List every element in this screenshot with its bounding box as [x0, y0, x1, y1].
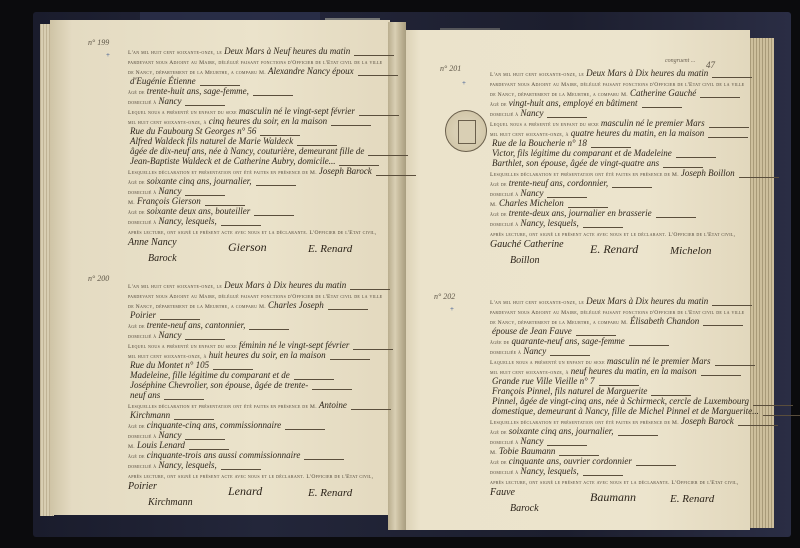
record-line: M.Charles Michelon	[490, 198, 740, 208]
fill-line	[260, 130, 300, 136]
signature: Kirchmann	[148, 498, 193, 508]
handwritten-entry: Grande rue Ville Vieille n° 7	[492, 376, 595, 386]
handwritten-entry: féminin né le vingt-sept février	[239, 340, 349, 350]
handwritten-entry: domestique, demeurant à Nancy, fille de …	[492, 406, 759, 416]
record-line: François Pinnel, fils naturel de Marguer…	[490, 386, 740, 396]
fill-line	[213, 364, 253, 370]
record-line: âgé decinquante-trois ans aussi commissi…	[128, 450, 378, 460]
fill-line	[618, 430, 658, 436]
handwritten-entry: Alexandre Nancy époux	[268, 66, 354, 76]
signatures-block: Gauché CatherineBoillonE. RenardMichelon	[490, 240, 740, 278]
record-line: domicilié àNancy	[490, 188, 740, 198]
fill-line	[636, 460, 676, 466]
signatures-block: FauveBarockBaumannE. Renard	[490, 488, 740, 526]
fill-line	[285, 424, 325, 430]
fill-line	[576, 330, 616, 336]
printed-text: après lecture, ont signé le présent acte…	[128, 230, 376, 236]
fill-line	[368, 150, 408, 156]
handwritten-entry: épouse de Jean Fauve	[492, 326, 572, 336]
record-line: pardevant nous Adjoint au Maire, délégué…	[128, 290, 378, 300]
record-line: L'an mil huit cent soixante-onze, leDeux…	[128, 46, 378, 56]
fill-line	[712, 300, 752, 306]
fill-line	[185, 190, 225, 196]
fill-line	[550, 350, 590, 356]
handwritten-entry: trente-huit ans, sage-femme,	[147, 86, 249, 96]
record-line: M.Louis Lenard	[128, 440, 378, 450]
fill-line	[164, 394, 204, 400]
handwritten-entry: Nancy	[520, 188, 543, 198]
signature: Gauché Catherine	[490, 240, 564, 250]
handwritten-entry: cinquante ans, ouvrier cordonnier	[509, 456, 632, 466]
fill-line	[339, 160, 379, 166]
handwritten-entry: Nancy, lesquels,	[520, 218, 578, 228]
fill-line	[642, 102, 682, 108]
signature: Michelon	[670, 246, 712, 256]
fill-line	[350, 284, 390, 290]
fill-line	[547, 192, 587, 198]
fill-line	[376, 170, 416, 176]
handwritten-entry: Nancy	[158, 96, 181, 106]
handwritten-entry: Charles Joseph	[268, 300, 324, 310]
handwritten-entry: cinquante-trois ans aussi commissionnair…	[147, 450, 301, 460]
fill-line	[700, 92, 740, 98]
fill-line	[676, 152, 716, 158]
record-line: pardevant nous Adjoint au Maire, délégué…	[490, 306, 740, 316]
fill-line	[547, 112, 587, 118]
handwritten-entry: masculin né le premier Mars	[607, 356, 711, 366]
record-line: mil huit cent soixante-onze, àquatre heu…	[490, 128, 740, 138]
handwritten-entry: soixante cinq ans, journalier,	[147, 176, 252, 186]
signature: Barock	[148, 254, 177, 264]
handwritten-entry: Nancy	[520, 108, 543, 118]
fill-line	[763, 410, 800, 416]
cover-edge	[140, 12, 320, 20]
fill-line	[583, 470, 623, 476]
fill-line	[663, 162, 703, 168]
fill-line	[359, 110, 399, 116]
handwritten-entry: masculin né le vingt-sept février	[239, 106, 355, 116]
fill-line	[297, 140, 337, 146]
record-line: pardevant nous Adjoint au Maire, délégué…	[490, 78, 740, 88]
birth-record-202: n° 202 + L'an mil huit cent soixante-onz…	[490, 296, 740, 526]
handwritten-entry: Nancy, lesquels,	[520, 466, 578, 476]
handwritten-entry: trente-neuf ans, cantonnier,	[147, 320, 246, 330]
handwritten-entry: Madeleine, fille légitime du comparant e…	[130, 370, 290, 380]
handwritten-entry: trente-deux ans, journalier en brasserie	[509, 208, 652, 218]
birth-record-200: n° 200 L'an mil huit cent soixante-onze,…	[128, 280, 378, 520]
fill-line	[599, 380, 639, 386]
fill-line	[253, 90, 293, 96]
signature: Baumann	[590, 492, 636, 502]
record-number: n° 201	[440, 64, 461, 74]
signature: Fauve	[490, 488, 515, 498]
record-line: après lecture, ont signé le présent acte…	[490, 476, 740, 486]
record-line: domicilié àNancy	[490, 108, 740, 118]
handwritten-entry: Tobie Baumann	[499, 446, 555, 456]
handwritten-entry: Kirchmann	[130, 410, 170, 420]
fill-line	[753, 400, 793, 406]
handwritten-entry: masculin né le premier Mars	[601, 118, 705, 128]
fill-line	[656, 212, 696, 218]
record-line: domicilié àNancy, lesquels,	[490, 466, 740, 476]
record-line: neuf ans	[128, 390, 378, 400]
record-line: âgé detrente-neuf ans, cordonnier,	[490, 178, 740, 188]
fill-line	[354, 50, 394, 56]
record-line: Madeleine, fille légitime du comparant e…	[128, 370, 378, 380]
handwritten-entry: Nancy, lesquels,	[158, 216, 216, 226]
fill-line	[709, 122, 749, 128]
handwritten-entry: Nancy	[158, 430, 181, 440]
record-line: Rue de la Boucherie n° 18	[490, 138, 740, 148]
handwritten-entry: quatre heures du matin, en la maison	[571, 128, 705, 138]
record-line: Pinnel, âgée de vingt-cinq ans, née à Sc…	[490, 396, 740, 406]
fill-line	[205, 200, 245, 206]
handwritten-entry: Pinnel, âgée de vingt-cinq ans, née à Sc…	[492, 396, 749, 406]
fill-line	[331, 120, 371, 126]
handwritten-entry: Deux Mars à Dix heures du matin	[224, 280, 346, 290]
handwritten-entry: François Gierson	[137, 196, 201, 206]
signature: E. Renard	[308, 244, 352, 254]
record-line: mil huit cent soixante-onze, àhuit heure…	[128, 350, 378, 360]
handwritten-entry: Victor, fils légitime du comparant et de…	[492, 148, 672, 158]
record-line: domicilié àNancy	[128, 330, 378, 340]
fill-line	[174, 414, 214, 420]
signature: Poirier	[128, 482, 157, 492]
record-line: domicilié àNancy, lesquels,	[128, 216, 378, 226]
record-line: Lesquelles déclaration et présentation o…	[490, 416, 740, 426]
record-line: Joséphine Chevrolier, son épouse, âgée d…	[128, 380, 378, 390]
record-line: épouse de Jean Fauve	[490, 326, 740, 336]
record-line: de Nancy, département de la Meurthe, a c…	[490, 88, 740, 98]
fill-line	[651, 390, 691, 396]
fill-line	[189, 444, 229, 450]
fill-line	[185, 434, 225, 440]
fill-line	[358, 70, 398, 76]
fill-line	[185, 100, 225, 106]
record-line: Alfred Waldeck fils naturel de Marie Wal…	[128, 136, 378, 146]
fill-line	[304, 454, 344, 460]
fill-line	[254, 210, 294, 216]
fill-line	[160, 314, 200, 320]
birth-record-199: n° 199 + L'an mil huit cent soixante-onz…	[128, 46, 378, 276]
record-line: domestique, demeurant à Nancy, fille de …	[490, 406, 740, 416]
record-line: de Nancy, département de la Meurthe, a c…	[128, 300, 378, 310]
record-line: mil huit cent soixante-onze, àcinq heure…	[128, 116, 378, 126]
record-line: âgé detrente-deux ans, journalier en bra…	[490, 208, 740, 218]
fill-line	[221, 220, 261, 226]
record-line: Lequel nous a présenté un enfant du sexe…	[128, 106, 378, 116]
fill-line	[739, 172, 779, 178]
record-line: Lesquelles déclaration et présentation o…	[128, 166, 378, 176]
fill-line	[294, 374, 334, 380]
handwritten-entry: Jean-Baptiste Waldeck et de Catherine Au…	[130, 156, 335, 166]
signature: E. Renard	[308, 488, 352, 498]
signatures-block: Anne NancyBarockGiersonE. Renard	[128, 238, 378, 276]
handwritten-entry: Nancy, lesquels,	[158, 460, 216, 470]
record-line: L'an mil huit cent soixante-onze, leDeux…	[490, 296, 740, 306]
record-line: Rue du Faubourg St Georges n° 56	[128, 126, 378, 136]
cross-mark-icon: +	[462, 78, 466, 88]
signature: Barock	[510, 504, 539, 514]
record-line: domicilié àNancy	[128, 186, 378, 196]
handwritten-entry: Deux Mars à Dix heures du matin	[586, 68, 708, 78]
record-line: âgé desoixante cinq ans, journalier,	[490, 426, 740, 436]
fill-line	[708, 132, 748, 138]
fill-line	[353, 344, 393, 350]
record-line: après lecture, ont signé le présent acte…	[128, 470, 378, 480]
signature: Boillon	[510, 256, 539, 266]
handwritten-entry: Catherine Gauché	[630, 88, 696, 98]
fill-line	[221, 464, 261, 470]
handwritten-entry: Nancy	[158, 330, 181, 340]
fill-line	[256, 180, 296, 186]
handwritten-entry: Élisabeth Chandon	[630, 316, 699, 326]
record-line: L'an mil huit cent soixante-onze, leDeux…	[128, 280, 378, 290]
record-line: Lesquelles déclaration et présentation o…	[490, 168, 740, 178]
fill-line	[703, 320, 743, 326]
printed-text: après lecture, ont signé le présent acte…	[490, 232, 735, 238]
fill-line	[351, 404, 391, 410]
record-line: âgée de dix-neuf ans, née à Nancy, coutu…	[128, 146, 378, 156]
handwritten-entry: quarante-neuf ans, sage-femme	[512, 336, 625, 346]
handwritten-entry: cinq heures du soir, en la maison	[209, 116, 327, 126]
handwritten-entry: Nancy	[523, 346, 546, 356]
handwritten-entry: neuf ans	[130, 390, 160, 400]
handwritten-entry: Rue du Faubourg St Georges n° 56	[130, 126, 256, 136]
record-line: après lecture, ont signé le présent acte…	[128, 226, 378, 236]
handwritten-entry: vingt-huit ans, employé en bâtiment	[509, 98, 638, 108]
fill-line	[328, 304, 368, 310]
record-line: âgé decinquante-cinq ans, commissionnair…	[128, 420, 378, 430]
fill-line	[568, 202, 608, 208]
handwritten-entry: Charles Michelon	[499, 198, 564, 208]
signatures-block: PoirierKirchmannLenardE. Renard	[128, 482, 378, 520]
handwritten-entry: trente-neuf ans, cordonnier,	[509, 178, 608, 188]
handwritten-entry: Antoine	[319, 400, 347, 410]
record-line: M.François Gierson	[128, 196, 378, 206]
signature: Anne Nancy	[128, 238, 177, 248]
record-line: pardevant nous Adjoint au Maire, délégué…	[128, 56, 378, 66]
right-page-edges	[750, 38, 774, 528]
record-line: de Nancy, département de la Meurthe, a c…	[490, 316, 740, 326]
fill-line	[583, 222, 623, 228]
signature: E. Renard	[670, 494, 714, 504]
birth-record-201: n° 201 + L'an mil huit cent soixante-onz…	[490, 68, 740, 278]
record-number: n° 199	[88, 38, 109, 48]
record-number: n° 200	[88, 274, 109, 284]
handwritten-entry: soixante deux ans, bouteiller	[147, 206, 250, 216]
record-line: domiciliée àNancy	[490, 346, 740, 356]
handwritten-entry: Joseph Boillon	[681, 168, 735, 178]
record-line: Poirier	[128, 310, 378, 320]
record-line: domicilié àNancy	[128, 430, 378, 440]
printed-text: après lecture, ont signé le présent acte…	[128, 474, 373, 480]
fill-line	[629, 340, 669, 346]
record-line: Laquelle nous a présenté un enfant du se…	[490, 356, 740, 366]
fill-line	[312, 384, 352, 390]
record-line: domicilié àNancy	[490, 436, 740, 446]
fill-line	[200, 80, 240, 86]
record-line: Lequel nous a présenté un enfant du sexe…	[128, 340, 378, 350]
handwritten-entry: Joseph Barock	[681, 416, 734, 426]
fill-line	[559, 450, 599, 456]
handwritten-entry: neuf heures du matin, en la maison	[571, 366, 697, 376]
handwritten-entry: Alfred Waldeck fils naturel de Marie Wal…	[130, 136, 293, 146]
fill-line	[547, 440, 587, 446]
record-line: Grande rue Ville Vieille n° 7	[490, 376, 740, 386]
record-line: de Nancy, département de la Meurthe, a c…	[128, 66, 378, 76]
record-line: Barthlet, son épouse, âgée de vingt-quat…	[490, 158, 740, 168]
fill-line	[185, 334, 225, 340]
handwritten-entry: âgée de dix-neuf ans, née à Nancy, coutu…	[130, 146, 364, 156]
record-line: domicilié àNancy	[128, 96, 378, 106]
handwritten-entry: Rue de la Boucherie n° 18	[492, 138, 587, 148]
signature: Lenard	[228, 486, 262, 496]
handwritten-entry: Nancy	[158, 186, 181, 196]
record-line: âgé devingt-huit ans, employé en bâtimen…	[490, 98, 740, 108]
signature: E. Renard	[590, 244, 638, 254]
record-line: âgée dequarante-neuf ans, sage-femme	[490, 336, 740, 346]
fill-line	[701, 370, 741, 376]
marginal-note: congruent ...	[665, 58, 695, 64]
fill-line	[712, 72, 752, 78]
handwritten-entry: Joséphine Chevrolier, son épouse, âgée d…	[130, 380, 308, 390]
handwritten-entry: huit heures du soir, en la maison	[209, 350, 326, 360]
record-line: domicilié àNancy, lesquels,	[490, 218, 740, 228]
fill-line	[249, 324, 289, 330]
record-line: Victor, fils légitime du comparant et de…	[490, 148, 740, 158]
printed-text: après lecture, ont signé le présent acte…	[490, 480, 738, 486]
handwritten-entry: Rue du Montet n° 105	[130, 360, 209, 370]
record-line: âgé detrente-huit ans, sage-femme,	[128, 86, 378, 96]
cross-mark-icon: +	[106, 50, 110, 60]
record-line: d'Eugénie Étienne	[128, 76, 378, 86]
municipal-seal-icon	[445, 110, 487, 152]
record-line: âgé desoixante cinq ans, journalier,	[128, 176, 378, 186]
record-line: âgé detrente-neuf ans, cantonnier,	[128, 320, 378, 330]
fill-line	[738, 420, 778, 426]
record-line: domicilié àNancy, lesquels,	[128, 460, 378, 470]
record-line: mil huit cent soixante-onze, àneuf heure…	[490, 366, 740, 376]
cross-mark-icon: +	[450, 304, 454, 314]
book-gutter	[388, 22, 406, 530]
handwritten-entry: Deux Mars à Dix heures du matin	[586, 296, 708, 306]
handwritten-entry: Joseph Barock	[319, 166, 372, 176]
fill-line	[612, 182, 652, 188]
record-line: Lesquelles déclaration et présentation o…	[128, 400, 378, 410]
record-line: âgé decinquante ans, ouvrier cordonnier	[490, 456, 740, 466]
handwritten-entry: Poirier	[130, 310, 156, 320]
record-line: Kirchmann	[128, 410, 378, 420]
record-line: Lequel nous a présenté un enfant du sexe…	[490, 118, 740, 128]
record-line: après lecture, ont signé le présent acte…	[490, 228, 740, 238]
record-line: âgé desoixante deux ans, bouteiller	[128, 206, 378, 216]
record-line: Jean-Baptiste Waldeck et de Catherine Au…	[128, 156, 378, 166]
handwritten-entry: Barthlet, son épouse, âgée de vingt-quat…	[492, 158, 659, 168]
handwritten-entry: cinquante-cinq ans, commissionnaire	[147, 420, 281, 430]
fill-line	[330, 354, 370, 360]
handwritten-entry: d'Eugénie Étienne	[130, 76, 196, 86]
record-line: M.Tobie Baumann	[490, 446, 740, 456]
record-line: Rue du Montet n° 105	[128, 360, 378, 370]
fill-line	[715, 360, 755, 366]
fill-line	[591, 142, 631, 148]
handwritten-entry: Nancy	[520, 436, 543, 446]
record-line: L'an mil huit cent soixante-onze, leDeux…	[490, 68, 740, 78]
handwritten-entry: François Pinnel, fils naturel de Marguer…	[492, 386, 647, 396]
signature: Gierson	[228, 242, 267, 252]
handwritten-entry: soixante cinq ans, journalier,	[509, 426, 614, 436]
handwritten-entry: Louis Lenard	[137, 440, 185, 450]
record-number: n° 202	[434, 292, 455, 302]
handwritten-entry: Deux Mars à Neuf heures du matin	[224, 46, 350, 56]
